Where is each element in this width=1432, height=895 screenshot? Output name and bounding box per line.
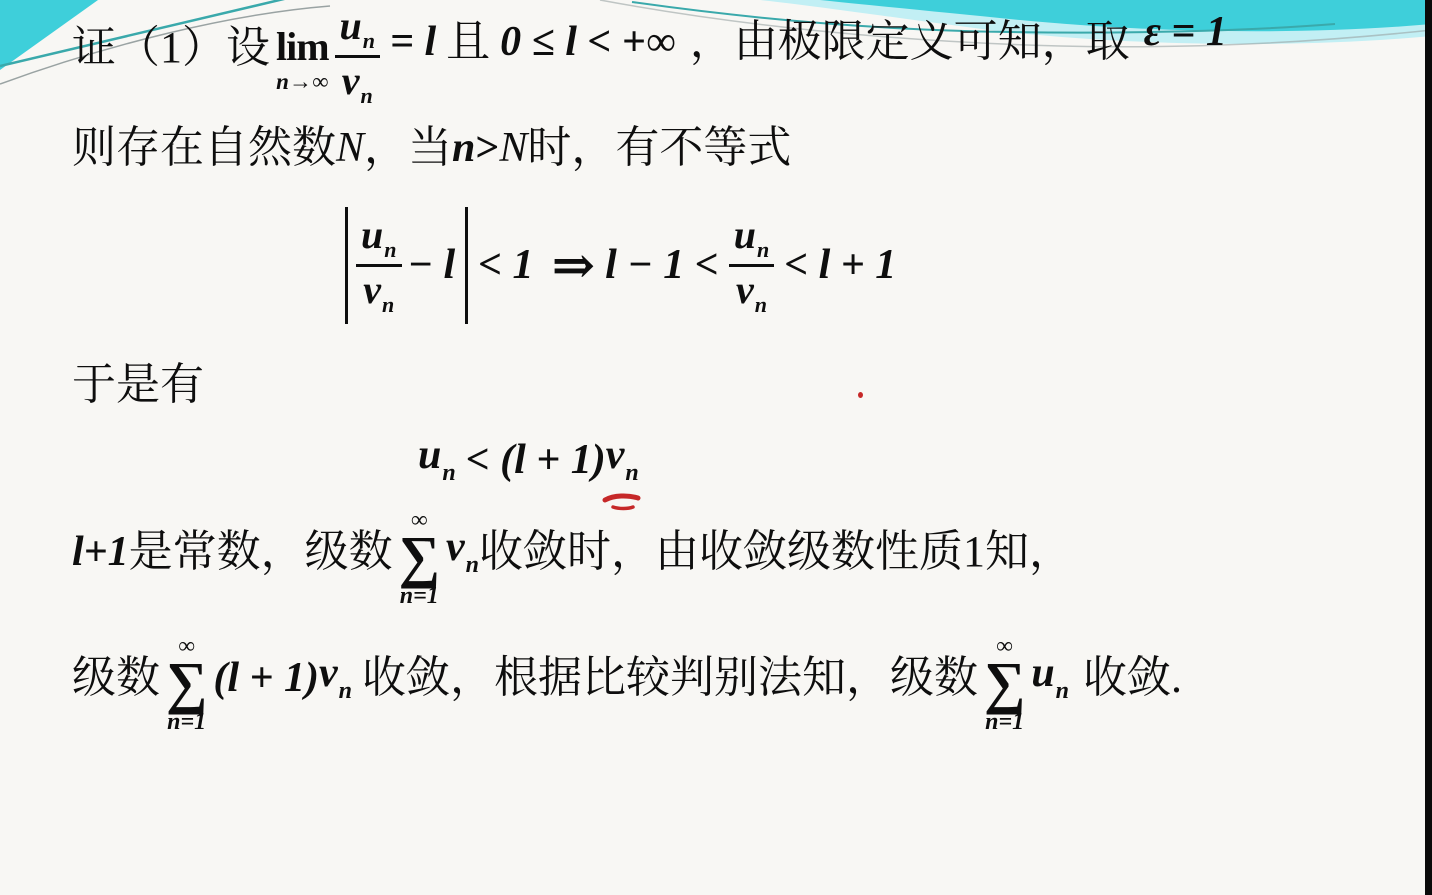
proof-line-4: l+1 是常数，级数 ∞ ∑ n=1 vn 收敛时，由收敛级数性质1知， xyxy=(72,498,1073,618)
proof-line-2: 则存在自然数 N ，当 n > N 时，有不等式 xyxy=(72,112,791,184)
line4-text-b: 收敛时，由收敛级数性质1知， xyxy=(479,527,1073,578)
sum-lower-index: n=1 xyxy=(985,710,1024,734)
line5-term2: un xyxy=(1031,651,1069,704)
line2-text-a: 则存在自然数 xyxy=(72,123,336,174)
right-bound: < l + 1 xyxy=(784,243,896,287)
line5-text-b: 收敛，根据比较判别法知，级数 xyxy=(362,653,978,704)
frac2-den: v xyxy=(736,267,754,312)
abs-num: u xyxy=(361,212,383,257)
frac-num-sub: n xyxy=(363,28,375,53)
sum-lower-index: n=1 xyxy=(167,710,206,734)
line4-const: l+1 xyxy=(72,530,129,574)
summation-vn: ∞ ∑ n=1 xyxy=(399,508,440,607)
fraction-un-vn-left: un vn xyxy=(356,215,402,316)
frac2-den-sub: n xyxy=(755,292,767,317)
implies-arrow: ⇒ xyxy=(552,235,596,296)
frac2-num: u xyxy=(734,212,756,257)
ineq-lhs-sub: n xyxy=(442,460,455,486)
abs-den-sub: n xyxy=(382,292,394,317)
less-than-one: < 1 xyxy=(478,243,533,287)
sigma-icon: ∑ xyxy=(166,658,207,707)
line2-n: n xyxy=(452,126,475,170)
proof-line-5: 级数 ∞ ∑ n=1 (l + 1) vn 收敛，根据比较判别法知，级数 ∞ ∑… xyxy=(72,622,1182,746)
line4-term: vn xyxy=(446,525,479,578)
comma: ， xyxy=(690,17,734,68)
line4-term-sub: n xyxy=(466,552,479,578)
proof-line-1: 证（1）设 lim n→∞ un vn = l 且 0 ≤ l < +∞ ， 由… xyxy=(72,0,1227,112)
line5-term1-sub: n xyxy=(339,678,352,704)
ineq-mid: < (l + 1) xyxy=(466,438,606,482)
lim-subscript: n→∞ xyxy=(276,70,328,93)
line2-text-c: 时，有不等式 xyxy=(527,123,791,174)
absolute-value-group: un vn − l xyxy=(345,207,468,324)
ineq-lhs: un xyxy=(418,433,456,486)
line5-term2-sub: n xyxy=(1056,678,1069,704)
line1-prefix: 证（1）设 xyxy=(72,23,270,74)
equals-l: = l xyxy=(390,20,436,64)
line3-text: 于是有 xyxy=(72,360,204,411)
and-word: 且 xyxy=(446,17,490,68)
line2-N2: N xyxy=(499,126,527,170)
screen-right-edge xyxy=(1425,0,1432,895)
limit-operator: lim n→∞ xyxy=(276,27,329,93)
summation-un: ∞ ∑ n=1 xyxy=(984,634,1025,733)
slide: { "slide": { "colors": { "bg": "#f8f7f4"… xyxy=(0,0,1432,895)
line5-term1: vn xyxy=(319,651,352,704)
fraction-un-over-vn: un vn xyxy=(335,6,381,107)
line2-N1: N xyxy=(336,126,364,170)
line5-text-a: 级数 xyxy=(72,653,160,704)
epsilon-equals-one: ε = 1 xyxy=(1144,10,1227,54)
left-bound: l − 1 < xyxy=(605,243,719,287)
sigma-icon: ∑ xyxy=(399,532,440,581)
line2-text-b: ，当 xyxy=(364,123,452,174)
line5-text-c: 收敛. xyxy=(1083,653,1182,704)
bounds-inequality: 0 ≤ l < +∞ xyxy=(500,20,676,64)
frac-num: u xyxy=(340,3,362,48)
sum-lower-index: n=1 xyxy=(400,584,439,608)
frac-den: v xyxy=(342,58,360,103)
abs-num-sub: n xyxy=(384,237,396,262)
frac-den-sub: n xyxy=(361,83,373,108)
display-formula-ineq: un < (l + 1) vn xyxy=(418,428,639,492)
fraction-un-vn-right: un vn xyxy=(729,215,775,316)
lim-word: lim xyxy=(276,27,329,67)
frac2-num-sub: n xyxy=(757,237,769,262)
line2-gt: > xyxy=(475,126,499,170)
line4-text-a: 是常数，级数 xyxy=(129,527,393,578)
line1-reason: 由极限定义可知，取 xyxy=(734,17,1130,68)
proof-line-3: 于是有 xyxy=(72,355,204,415)
summation-l1vn: ∞ ∑ n=1 xyxy=(166,634,207,733)
sigma-icon: ∑ xyxy=(984,658,1025,707)
minus-l: − l xyxy=(408,243,456,287)
red-pen-dot xyxy=(858,392,863,398)
ineq-rhs: vn xyxy=(606,433,639,486)
abs-den: v xyxy=(363,267,381,312)
ineq-rhs-sub: n xyxy=(625,460,638,486)
line5-term1-pre: (l + 1) xyxy=(213,656,319,700)
display-formula-abs: un vn − l < 1 ⇒ l − 1 < un vn < l + 1 xyxy=(345,198,896,333)
